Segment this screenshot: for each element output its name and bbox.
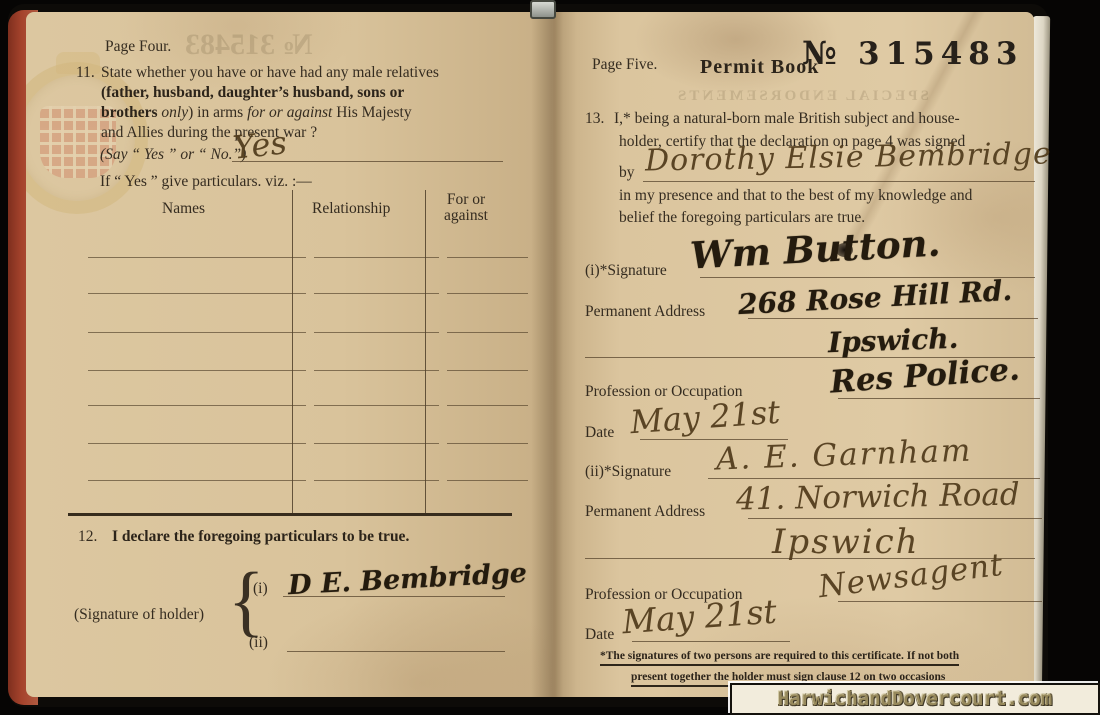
field-line: [838, 601, 1042, 602]
table-cell-line: [88, 332, 306, 333]
table-divider-2: [425, 190, 426, 514]
table-cell-line: [88, 443, 306, 444]
signature-of-holder-label: (Signature of holder): [74, 606, 204, 624]
table-cell-line: [447, 257, 528, 258]
table-cell-line: [88, 480, 306, 481]
table-cell-line: [88, 405, 306, 406]
table-header-names: Names: [162, 200, 205, 218]
table-row: [88, 370, 528, 371]
clause-11-line3-italic1: only: [161, 104, 188, 121]
page-four-label: Page Four.: [105, 38, 171, 56]
field-label: Date: [585, 626, 614, 644]
table-cell-line: [88, 293, 306, 294]
field-label: Date: [585, 424, 614, 442]
say-yes-no-label: (Say “ Yes ” or “ No.”): [100, 146, 246, 164]
serial-no-symbol: №: [802, 34, 837, 72]
serial-number: 315483: [858, 36, 1023, 72]
table-cell-line: [447, 332, 528, 333]
if-yes-label: If “ Yes ” give particulars. viz. :—: [100, 173, 312, 191]
table-cell-line: [314, 332, 439, 333]
table-cell-line: [314, 405, 439, 406]
clause-11-line1: State whether you have or have had any m…: [101, 64, 439, 82]
table-row: [88, 293, 528, 294]
clause-11-line3-normal1: ) in arms: [188, 104, 247, 121]
table-cell-line: [447, 293, 528, 294]
witness1-occupation-handwriting: Res Police.: [829, 351, 1021, 400]
sig-i-label: (i): [253, 580, 268, 598]
sig-ii-line: [287, 651, 505, 652]
table-cell-line: [88, 370, 306, 371]
bleedthrough-ghost-right: SPECIAL ENDORSEMENTS: [675, 88, 929, 105]
table-bottom-border: [68, 513, 512, 516]
table-cell-line: [314, 443, 439, 444]
table-row: [88, 443, 528, 444]
footnote-line1: *The signatures of two persons are requi…: [600, 650, 959, 666]
holder-signature-handwriting: D E. Bembridge: [287, 558, 527, 601]
clause-11-line3-bold: brothers: [101, 104, 161, 121]
declarant-name-handwriting: Dorothy Elsie Bembridge: [645, 136, 1052, 178]
table-divider-1: [292, 190, 293, 514]
staple-icon: [530, 0, 556, 19]
witness1-town-handwriting: Ipswich.: [827, 322, 958, 360]
bleedthrough-ghost-left: № 315483: [185, 28, 313, 62]
witness1-signature-handwriting: Wm Button.: [689, 220, 941, 277]
field-line: [838, 398, 1040, 399]
table-cell-line: [88, 257, 306, 258]
clause-13-line1: I,* being a natural-born male British su…: [614, 110, 960, 128]
clause-11-line2: (father, husband, daughter’s husband, so…: [101, 84, 404, 102]
sig-ii-label: (ii): [249, 634, 268, 652]
clause-13-number: 13.: [585, 110, 604, 128]
permit-book-photo: № 315483 Page Four. 11. State whether yo…: [0, 0, 1100, 715]
table-cell-line: [314, 293, 439, 294]
watermark-text: HarwichandDovercourt.com: [778, 688, 1053, 710]
table-row: [88, 480, 528, 481]
table-cell-line: [447, 443, 528, 444]
clause-13-by-label: by: [619, 164, 635, 182]
witness2-address-handwriting: 41. Norwich Road: [736, 477, 1020, 518]
clause-11-line3-normal2: His Majesty: [332, 104, 411, 121]
clause-13-line5: belief the foregoing particulars are tru…: [619, 209, 865, 227]
table-row: [88, 405, 528, 406]
witness2-town-handwriting: Ipswich: [772, 522, 920, 562]
field-label: (ii)*Signature: [585, 463, 671, 481]
table-row: [88, 257, 528, 258]
field-label: Permanent Address: [585, 303, 705, 321]
table-cell-line: [314, 370, 439, 371]
table-header-relationship: Relationship: [312, 200, 390, 218]
clause-13-line4: in my presence and that to the best of m…: [619, 187, 972, 205]
field-label: Permanent Address: [585, 503, 705, 521]
table-cell-line: [447, 405, 528, 406]
page-five-label: Page Five.: [592, 56, 657, 74]
clause-12-number: 12.: [78, 528, 97, 546]
clause-12-text: I declare the foregoing particulars to b…: [112, 528, 409, 546]
table-cell-line: [447, 480, 528, 481]
table-header-for-against: For or against: [434, 192, 498, 224]
table-cell-line: [314, 480, 439, 481]
field-line: [632, 641, 790, 642]
clause-11-line3-italic2: for or against: [247, 104, 332, 121]
field-line: [748, 518, 1042, 519]
clause-11-line3: brothers only) in arms for or against Hi…: [101, 104, 412, 122]
declarant-name-line: [643, 181, 1035, 182]
say-answer-handwriting: Yes: [231, 123, 288, 166]
field-label: (i)*Signature: [585, 262, 667, 280]
witness2-signature-handwriting: A. E. Garnham: [715, 433, 972, 478]
watermark-bar: HarwichandDovercourt.com: [730, 683, 1100, 715]
clause-11-number: 11.: [76, 64, 95, 82]
table-cell-line: [447, 370, 528, 371]
table-row: [88, 332, 528, 333]
table-cell-line: [314, 257, 439, 258]
witness1-address-handwriting: 268 Rose Hill Rd.: [737, 274, 1013, 321]
